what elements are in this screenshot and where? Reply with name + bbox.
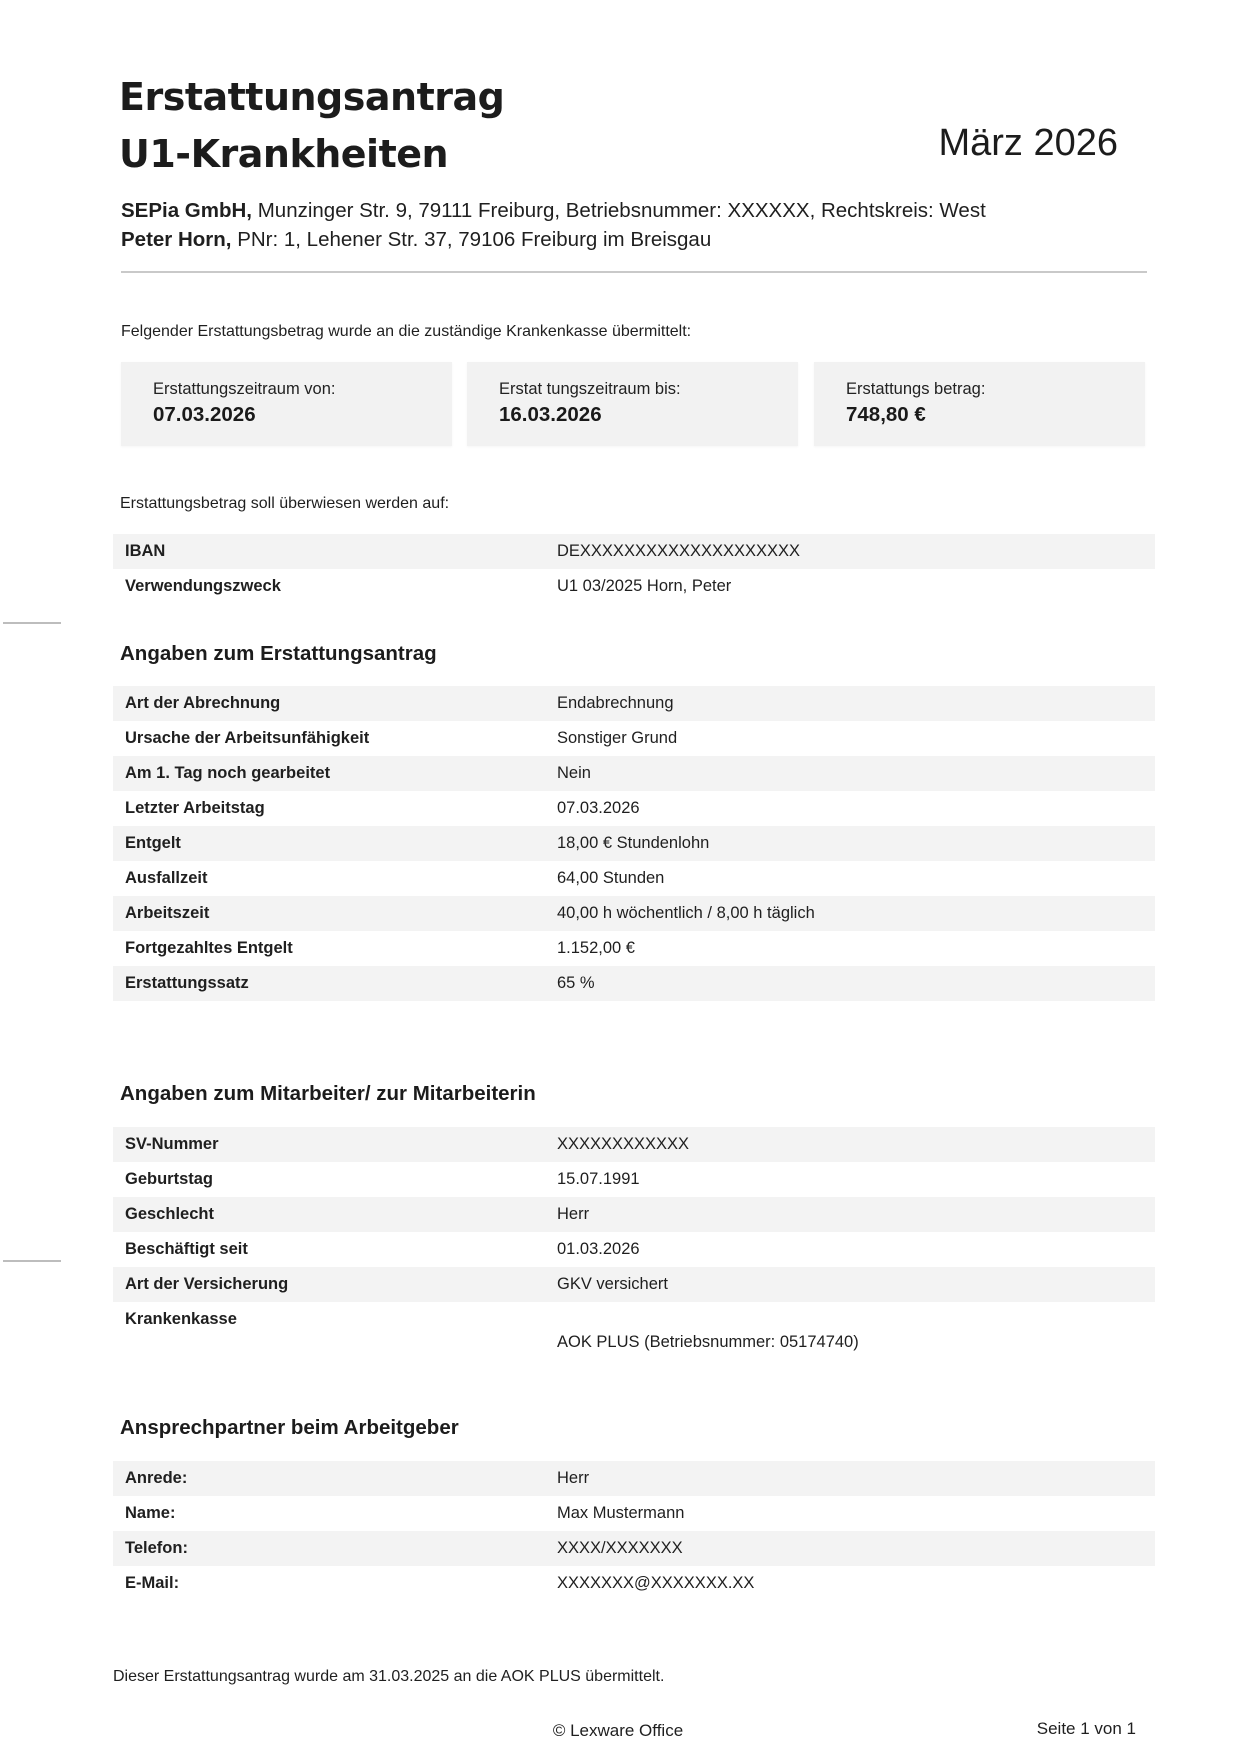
row-value: 15.07.1991 [557, 1170, 640, 1189]
table-row: GeschlechtHerr [113, 1197, 1155, 1232]
table-row: SV-Nummer XXXXXXXXXXXX [113, 1127, 1155, 1162]
table-row: Geburtstag15.07.1991 [113, 1162, 1155, 1197]
row-value: 01.03.2026 [557, 1240, 640, 1259]
row-label: Fortgezahltes Entgelt [125, 939, 293, 958]
row-label: Anrede: [125, 1469, 187, 1488]
row-label: SV-Nummer [125, 1135, 219, 1154]
summary-box-amount: Erstattungs betrag: 748,80 € [814, 362, 1145, 446]
row-label: Geschlecht [125, 1205, 214, 1224]
row-value: 65 % [557, 974, 595, 993]
row-value: DEXXXXXXXXXXXXXXXXXXXX [557, 542, 800, 561]
employee-name: Peter Horn, [121, 228, 232, 251]
table-row: Letzter Arbeitstag07.03.2026 [113, 791, 1155, 826]
table-row: Ursache der ArbeitsunfähigkeitSonstiger … [113, 721, 1155, 756]
row-value: 18,00 € Stundenlohn [557, 834, 709, 853]
table-row: Ausfallzeit64,00 Stunden [113, 861, 1155, 896]
section-title-claim: Angaben zum Erstattungsantrag [120, 642, 437, 666]
row-value: GKV versichert [557, 1275, 668, 1294]
row-value: XXXXXXX@XXXXXXX.XX [557, 1574, 754, 1593]
claim-table: Art der AbrechnungEndabrechnung Ursache … [113, 686, 1155, 1001]
table-row: Anrede:Herr [113, 1461, 1155, 1496]
row-label: Beschäftigt seit [125, 1240, 248, 1259]
row-value: AOK PLUS (Betriebsnummer: 05174740) [557, 1333, 859, 1352]
summary-intro: Felgender Erstattungsbetrag wurde an die… [121, 323, 691, 341]
contact-table: Anrede:Herr Name:Max Mustermann Telefon:… [113, 1461, 1155, 1601]
row-label: Arbeitszeit [125, 904, 209, 923]
row-label: Art der Abrechnung [125, 694, 280, 713]
document-title-line2: U1-Krankheiten [119, 135, 448, 173]
row-label: Ausfallzeit [125, 869, 208, 888]
employer-details: Munzinger Str. 9, 79111 Freiburg, Betrie… [252, 199, 986, 222]
table-row: E-Mail:XXXXXXX@XXXXXXX.XX [113, 1566, 1155, 1601]
row-label: Ursache der Arbeitsunfähigkeit [125, 729, 369, 748]
employee-details: PNr: 1, Lehener Str. 37, 79106 Freiburg … [232, 228, 712, 251]
row-value: 07.03.2026 [557, 799, 640, 818]
table-row: Erstattungssatz65 % [113, 966, 1155, 1001]
summary-box-label: Erstattungs betrag: [846, 380, 985, 399]
row-label: Letzter Arbeitstag [125, 799, 265, 818]
table-row: Am 1. Tag noch gearbeitetNein [113, 756, 1155, 791]
table-row: KrankenkasseAOK PLUS (Betriebsnummer: 05… [113, 1302, 1155, 1360]
bank-table: IBAN DEXXXXXXXXXXXXXXXXXXXX Verwendungsz… [113, 534, 1155, 604]
row-value: Herr [557, 1205, 589, 1224]
row-value: Max Mustermann [557, 1504, 684, 1523]
row-label: Geburtstag [125, 1170, 213, 1189]
table-row: Art der AbrechnungEndabrechnung [113, 686, 1155, 721]
row-value: 40,00 h wöchentlich / 8,00 h täglich [557, 904, 815, 923]
row-value: Nein [557, 764, 591, 783]
employee-table: SV-Nummer XXXXXXXXXXXX Geburtstag15.07.1… [113, 1127, 1155, 1360]
row-value: 1.152,00 € [557, 939, 635, 958]
table-row: Beschäftigt seit01.03.2026 [113, 1232, 1155, 1267]
row-label: Entgelt [125, 834, 181, 853]
bank-intro: Erstattungsbetrag soll überwiesen werden… [120, 495, 449, 513]
table-row: IBAN DEXXXXXXXXXXXXXXXXXXXX [113, 534, 1155, 569]
fold-mark-top [3, 622, 61, 624]
table-row: Fortgezahltes Entgelt1.152,00 € [113, 931, 1155, 966]
row-label: Erstattungssatz [125, 974, 249, 993]
row-label: E-Mail: [125, 1574, 179, 1593]
employer-name: SEPia GmbH, [121, 199, 252, 222]
row-value: U1 03/2025 Horn, Peter [557, 577, 731, 596]
summary-box-label: Erstattungszeitraum von: [153, 380, 336, 399]
row-label: Art der Versicherung [125, 1275, 288, 1294]
header-divider [121, 271, 1147, 273]
fold-mark-bottom [3, 1260, 61, 1262]
transmission-note: Dieser Erstattungsantrag wurde am 31.03.… [113, 1668, 664, 1686]
table-row: Arbeitszeit40,00 h wöchentlich / 8,00 h … [113, 896, 1155, 931]
row-label: Verwendungszweck [125, 577, 281, 596]
row-value: Herr [557, 1469, 589, 1488]
summary-box-value: 07.03.2026 [153, 403, 256, 427]
row-label: Krankenkasse [125, 1310, 237, 1329]
summary-box-period-to: Erstat tungszeitraum bis: 16.03.2026 [467, 362, 798, 446]
row-value: Endabrechnung [557, 694, 674, 713]
table-row: Entgelt18,00 € Stundenlohn [113, 826, 1155, 861]
row-value: XXXX/XXXXXXX [557, 1539, 683, 1558]
row-value: Sonstiger Grund [557, 729, 677, 748]
summary-box-label: Erstat tungszeitraum bis: [499, 380, 681, 399]
page-number: Seite 1 von 1 [1037, 1719, 1136, 1739]
summary-box-period-from: Erstattungszeitraum von: 07.03.2026 [121, 362, 452, 446]
employer-line: SEPia GmbH, Munzinger Str. 9, 79111 Frei… [121, 199, 986, 223]
row-value: XXXXXXXXXXXX [557, 1135, 689, 1154]
document-title-line1: Erstattungsantrag [119, 78, 504, 116]
row-label: Name: [125, 1504, 175, 1523]
row-label: Telefon: [125, 1539, 188, 1558]
section-title-contact: Ansprechpartner beim Arbeitgeber [120, 1416, 459, 1440]
row-label: IBAN [125, 542, 165, 561]
summary-box-value: 748,80 € [846, 403, 926, 427]
period-month: März 2026 [938, 122, 1118, 165]
row-label: Am 1. Tag noch gearbeitet [125, 764, 330, 783]
table-row: Art der VersicherungGKV versichert [113, 1267, 1155, 1302]
table-row: Verwendungszweck U1 03/2025 Horn, Peter [113, 569, 1155, 604]
table-row: Telefon:XXXX/XXXXXXX [113, 1531, 1155, 1566]
employee-line: Peter Horn, PNr: 1, Lehener Str. 37, 791… [121, 228, 711, 252]
table-row: Name:Max Mustermann [113, 1496, 1155, 1531]
summary-box-value: 16.03.2026 [499, 403, 602, 427]
row-value: 64,00 Stunden [557, 869, 664, 888]
section-title-employee: Angaben zum Mitarbeiter/ zur Mitarbeiter… [120, 1082, 536, 1106]
